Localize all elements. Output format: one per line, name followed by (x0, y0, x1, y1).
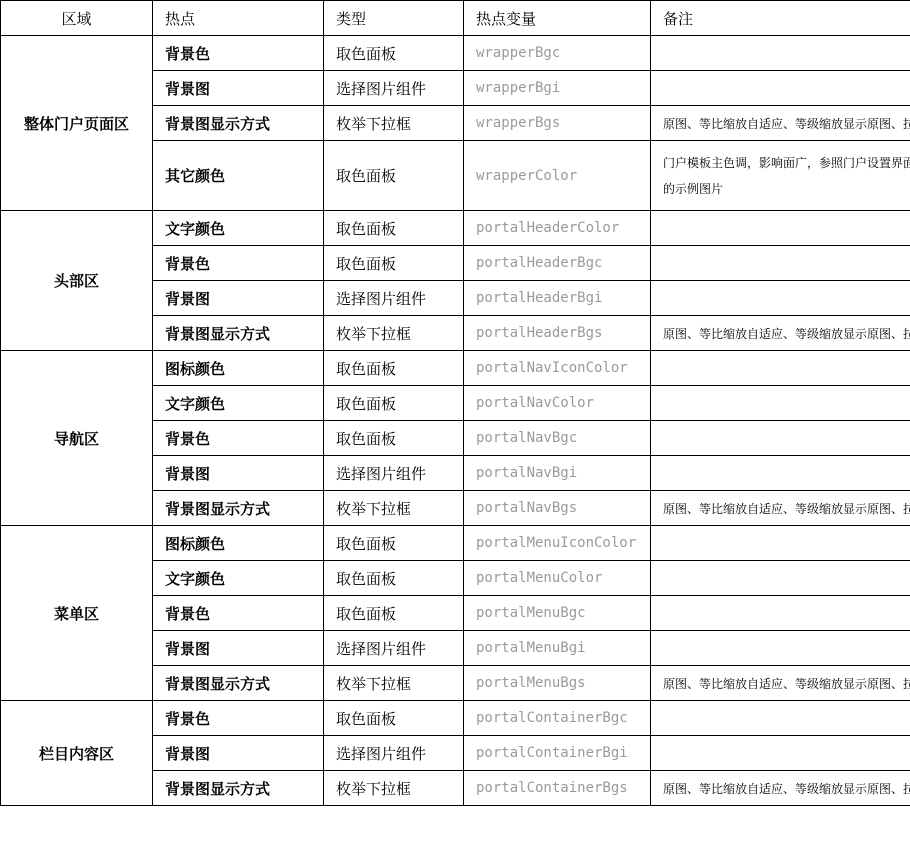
table-row: 头部区 文字颜色 取色面板 portalHeaderColor (1, 211, 910, 246)
note-line: 门户模板主色调，影响面广，参照门户设置界面 (663, 150, 910, 176)
type-cell: 选择图片组件 (324, 631, 464, 666)
variable-cell: portalHeaderBgc (464, 246, 651, 281)
type-cell: 取色面板 (324, 141, 464, 211)
variable-cell: portalMenuIconColor (464, 526, 651, 561)
hotspot-cell: 背景图 (153, 281, 324, 316)
region-cell: 整体门户页面区 (1, 36, 153, 211)
hotspot-cell: 背景图 (153, 736, 324, 771)
note-cell (651, 631, 910, 666)
variable-cell: portalNavBgi (464, 456, 651, 491)
header-region: 区域 (1, 1, 153, 36)
region-cell: 菜单区 (1, 526, 153, 701)
variable-cell: portalMenuBgc (464, 596, 651, 631)
variable-cell: wrapperColor (464, 141, 651, 211)
note-line: 的示例图片 (663, 176, 910, 202)
type-cell: 枚举下拉框 (324, 771, 464, 806)
variable-cell: wrapperBgs (464, 106, 651, 141)
note-cell (651, 71, 910, 106)
hotspot-cell: 背景色 (153, 246, 324, 281)
note-cell (651, 351, 910, 386)
note-cell (651, 211, 910, 246)
hotspot-cell: 背景图 (153, 71, 324, 106)
hotspot-cell: 文字颜色 (153, 561, 324, 596)
hotspot-table: 区域 热点 类型 热点变量 备注 整体门户页面区 背景色 取色面板 wrappe… (0, 0, 910, 806)
note-cell (651, 736, 910, 771)
note-cell (651, 456, 910, 491)
region-cell: 头部区 (1, 211, 153, 351)
variable-cell: portalNavBgs (464, 491, 651, 526)
variable-cell: portalNavBgc (464, 421, 651, 456)
variable-cell: portalNavIconColor (464, 351, 651, 386)
hotspot-cell: 背景图显示方式 (153, 771, 324, 806)
note-cell (651, 701, 910, 736)
hotspot-cell: 背景图 (153, 456, 324, 491)
type-cell: 枚举下拉框 (324, 106, 464, 141)
variable-cell: portalMenuBgi (464, 631, 651, 666)
type-cell: 选择图片组件 (324, 456, 464, 491)
variable-cell: wrapperBgc (464, 36, 651, 71)
type-cell: 取色面板 (324, 561, 464, 596)
hotspot-cell: 背景图 (153, 631, 324, 666)
note-cell (651, 246, 910, 281)
type-cell: 选择图片组件 (324, 71, 464, 106)
hotspot-cell: 背景图显示方式 (153, 106, 324, 141)
type-cell: 取色面板 (324, 246, 464, 281)
variable-cell: portalContainerBgc (464, 701, 651, 736)
hotspot-cell: 其它颜色 (153, 141, 324, 211)
variable-cell: portalHeaderBgs (464, 316, 651, 351)
header-row: 区域 热点 类型 热点变量 备注 (1, 1, 910, 36)
table-row: 整体门户页面区 背景色 取色面板 wrapperBgc (1, 36, 910, 71)
hotspot-cell: 文字颜色 (153, 386, 324, 421)
variable-cell: portalMenuBgs (464, 666, 651, 701)
note-cell: 原图、等比缩放自适应、等级缩放显示原图、拉 (651, 771, 910, 806)
hotspot-cell: 背景色 (153, 701, 324, 736)
hotspot-cell: 背景图显示方式 (153, 666, 324, 701)
hotspot-cell: 背景图显示方式 (153, 316, 324, 351)
hotspot-cell: 背景图显示方式 (153, 491, 324, 526)
header-type: 类型 (324, 1, 464, 36)
type-cell: 枚举下拉框 (324, 491, 464, 526)
type-cell: 取色面板 (324, 386, 464, 421)
variable-cell: portalHeaderBgi (464, 281, 651, 316)
hotspot-cell: 背景色 (153, 36, 324, 71)
hotspot-cell: 背景色 (153, 421, 324, 456)
note-cell: 原图、等比缩放自适应、等级缩放显示原图、拉 (651, 666, 910, 701)
note-cell (651, 281, 910, 316)
type-cell: 取色面板 (324, 526, 464, 561)
type-cell: 枚举下拉框 (324, 666, 464, 701)
region-cell: 导航区 (1, 351, 153, 526)
header-variable: 热点变量 (464, 1, 651, 36)
type-cell: 取色面板 (324, 211, 464, 246)
type-cell: 取色面板 (324, 701, 464, 736)
note-cell: 原图、等比缩放自适应、等级缩放显示原图、拉 (651, 106, 910, 141)
note-cell (651, 561, 910, 596)
note-cell: 原图、等比缩放自适应、等级缩放显示原图、拉 (651, 316, 910, 351)
type-cell: 取色面板 (324, 596, 464, 631)
header-hotspot: 热点 (153, 1, 324, 36)
note-cell (651, 526, 910, 561)
note-cell (651, 421, 910, 456)
type-cell: 取色面板 (324, 421, 464, 456)
variable-cell: portalContainerBgi (464, 736, 651, 771)
type-cell: 选择图片组件 (324, 281, 464, 316)
variable-cell: portalHeaderColor (464, 211, 651, 246)
note-cell (651, 386, 910, 421)
hotspot-cell: 图标颜色 (153, 351, 324, 386)
note-cell (651, 596, 910, 631)
table-row: 导航区 图标颜色 取色面板 portalNavIconColor (1, 351, 910, 386)
type-cell: 枚举下拉框 (324, 316, 464, 351)
variable-cell: portalContainerBgs (464, 771, 651, 806)
table-row: 栏目内容区 背景色 取色面板 portalContainerBgc (1, 701, 910, 736)
variable-cell: wrapperBgi (464, 71, 651, 106)
type-cell: 取色面板 (324, 351, 464, 386)
table-row: 菜单区 图标颜色 取色面板 portalMenuIconColor (1, 526, 910, 561)
variable-cell: portalNavColor (464, 386, 651, 421)
type-cell: 选择图片组件 (324, 736, 464, 771)
note-cell: 门户模板主色调，影响面广，参照门户设置界面 的示例图片 (651, 141, 910, 211)
note-cell: 原图、等比缩放自适应、等级缩放显示原图、拉 (651, 491, 910, 526)
header-note: 备注 (651, 1, 910, 36)
hotspot-cell: 图标颜色 (153, 526, 324, 561)
region-cell: 栏目内容区 (1, 701, 153, 806)
hotspot-cell: 背景色 (153, 596, 324, 631)
note-cell (651, 36, 910, 71)
variable-cell: portalMenuColor (464, 561, 651, 596)
type-cell: 取色面板 (324, 36, 464, 71)
hotspot-cell: 文字颜色 (153, 211, 324, 246)
